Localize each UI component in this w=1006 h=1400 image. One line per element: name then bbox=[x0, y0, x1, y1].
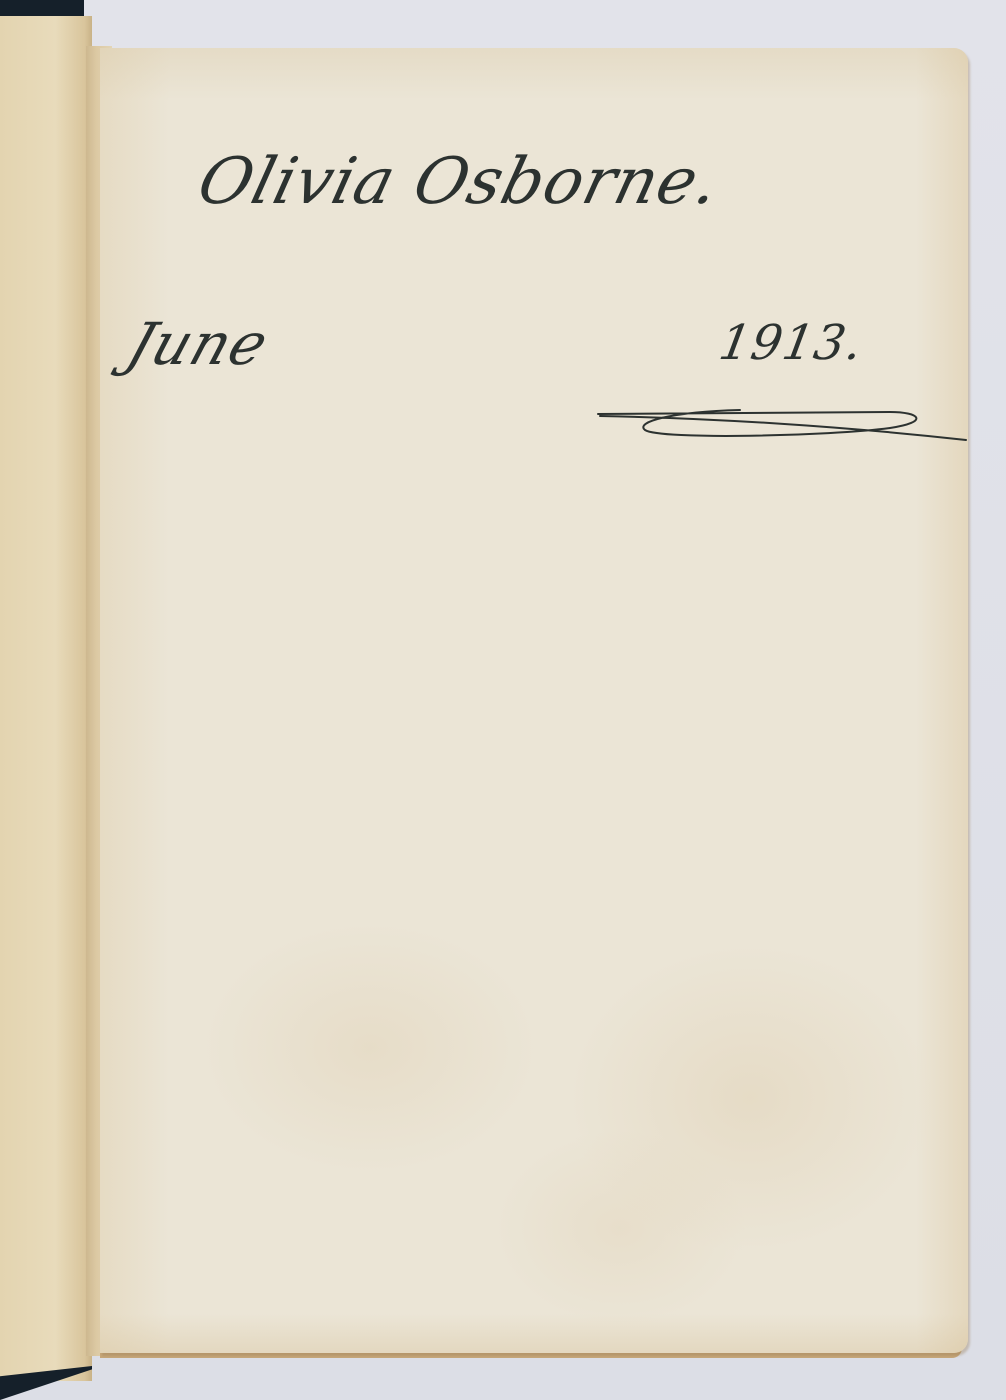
signature-flourish-icon bbox=[590, 400, 970, 450]
flyleaf-page bbox=[100, 48, 968, 1353]
inscription-month: June bbox=[119, 310, 277, 378]
inscription-name: Olivia Osborne. bbox=[191, 145, 728, 219]
inscription-year: 1913. bbox=[715, 315, 867, 371]
left-endpaper bbox=[0, 16, 92, 1381]
